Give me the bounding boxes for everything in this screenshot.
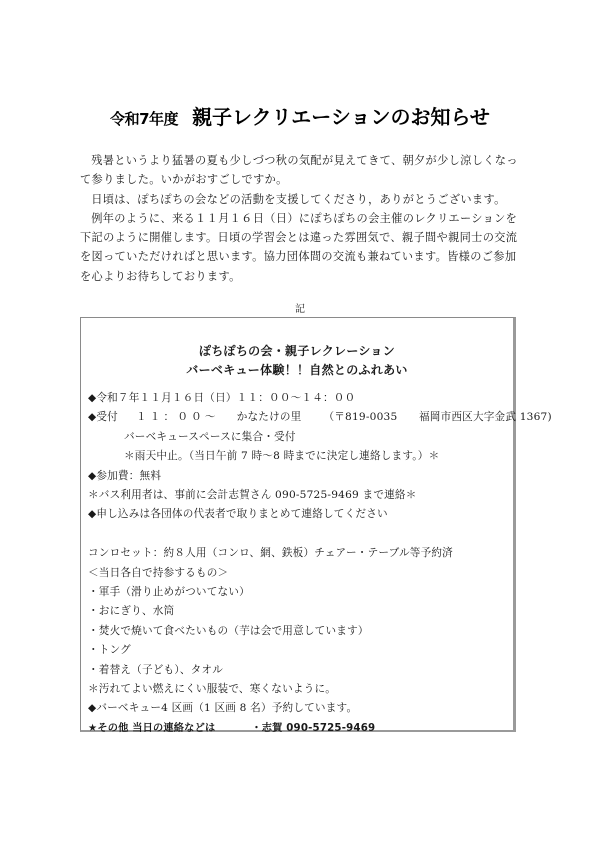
venue-address: （〒819-0035 福岡市西区大字金武 1367) (323, 411, 551, 423)
title-year: 令和7年度 (110, 110, 178, 128)
intro-paragraph-3: 例年のように、来る１１月１６日（日）にぽちぽちの会主催のレクリエーションを下記の… (80, 209, 526, 286)
contact-label: ★その他 当日の連絡などは (88, 723, 215, 734)
event-reception: ◆受付１１：００～かなたけの里（〒819-0035 福岡市西区大字金武 1367… (88, 408, 508, 427)
page-title: 令和7年度親子レクリエーションのお知らせ (0, 101, 600, 130)
bring-item: ・軍手（滑り止めがついてない） (88, 583, 508, 602)
bring-heading: ＜当日各自で持参するもの＞ (88, 564, 508, 583)
application-note: ◆申し込みは各団体の代表者で取りまとめて連絡してください (88, 505, 508, 524)
equipment-note: コンロセット：約８人用（コンロ、網、鉄板）チェアー・テーブル等予約済 (88, 544, 508, 563)
bring-item: ・焚火で焼いて食べたいもの（芋は会で用意しています） (88, 622, 508, 641)
intro-section: 残暑というより猛暑の夏も少しづつ秋の気配が見えてきて、朝夕が少し涼しくなって参り… (80, 151, 526, 286)
bring-item: ・トング (88, 641, 508, 660)
bus-note: ＊バス利用者は、事前に会計志賀さん 090-5725-9469 まで連絡＊ (88, 486, 508, 505)
bring-item: ・おにぎり、水筒 (88, 602, 508, 621)
event-details-box: ぽちぽちの会・親子レクレーション バーベキュー体験！！自然とのふれあい ◆令和７… (80, 317, 516, 732)
event-title-line-1: ぽちぽちの会・親子レクレーション (81, 342, 513, 361)
event-title-line-2: バーベキュー体験！！自然とのふれあい (81, 361, 513, 380)
reception-time: １１：００～ (136, 411, 219, 423)
venue-name: かなたけの里 (237, 411, 302, 423)
bbq-reservation: ◆バーベキュー4 区画（1 区画 8 名）予約しています。 (88, 699, 508, 718)
spacer (88, 525, 508, 544)
event-title: ぽちぽちの会・親子レクレーション バーベキュー体験！！自然とのふれあい (81, 342, 513, 380)
intro-paragraph-1: 残暑というより猛暑の夏も少しづつ秋の気配が見えてきて、朝夕が少し涼しくなって参り… (80, 151, 526, 190)
rain-note: ＊雨天中止。（当日午前 7 時～8 時までに決定し連絡します。）＊ (88, 447, 508, 466)
reception-label: ◆受付 (88, 411, 118, 423)
gather-note: バーベキュースペースに集合・受付 (88, 428, 508, 447)
bring-item: ・着替え（子ども）、タオル (88, 661, 508, 680)
event-body: ◆令和７年１１月１６日（日）１１：００～１４：００ ◆受付１１：００～かなたけの… (88, 389, 508, 738)
clothing-note: ＊汚れてよい燃えにくい服装で、寒くないように。 (88, 680, 508, 699)
contact-line: ★その他 当日の連絡などは・志賀 090-5725-9469 (88, 719, 508, 738)
intro-paragraph-2: 日頃は、ぽちぽちの会などの活動を支援してくださり，ありがとうございます。 (80, 190, 526, 209)
event-date: ◆令和７年１１月１６日（日）１１：００～１４：００ (88, 389, 508, 408)
contact-person: ・志賀 090-5725-9469 (251, 723, 375, 734)
fee: ◆参加費：無料 (88, 467, 508, 486)
ki-label: 記 (0, 300, 600, 315)
title-main: 親子レクリエーションのお知らせ (192, 105, 490, 129)
